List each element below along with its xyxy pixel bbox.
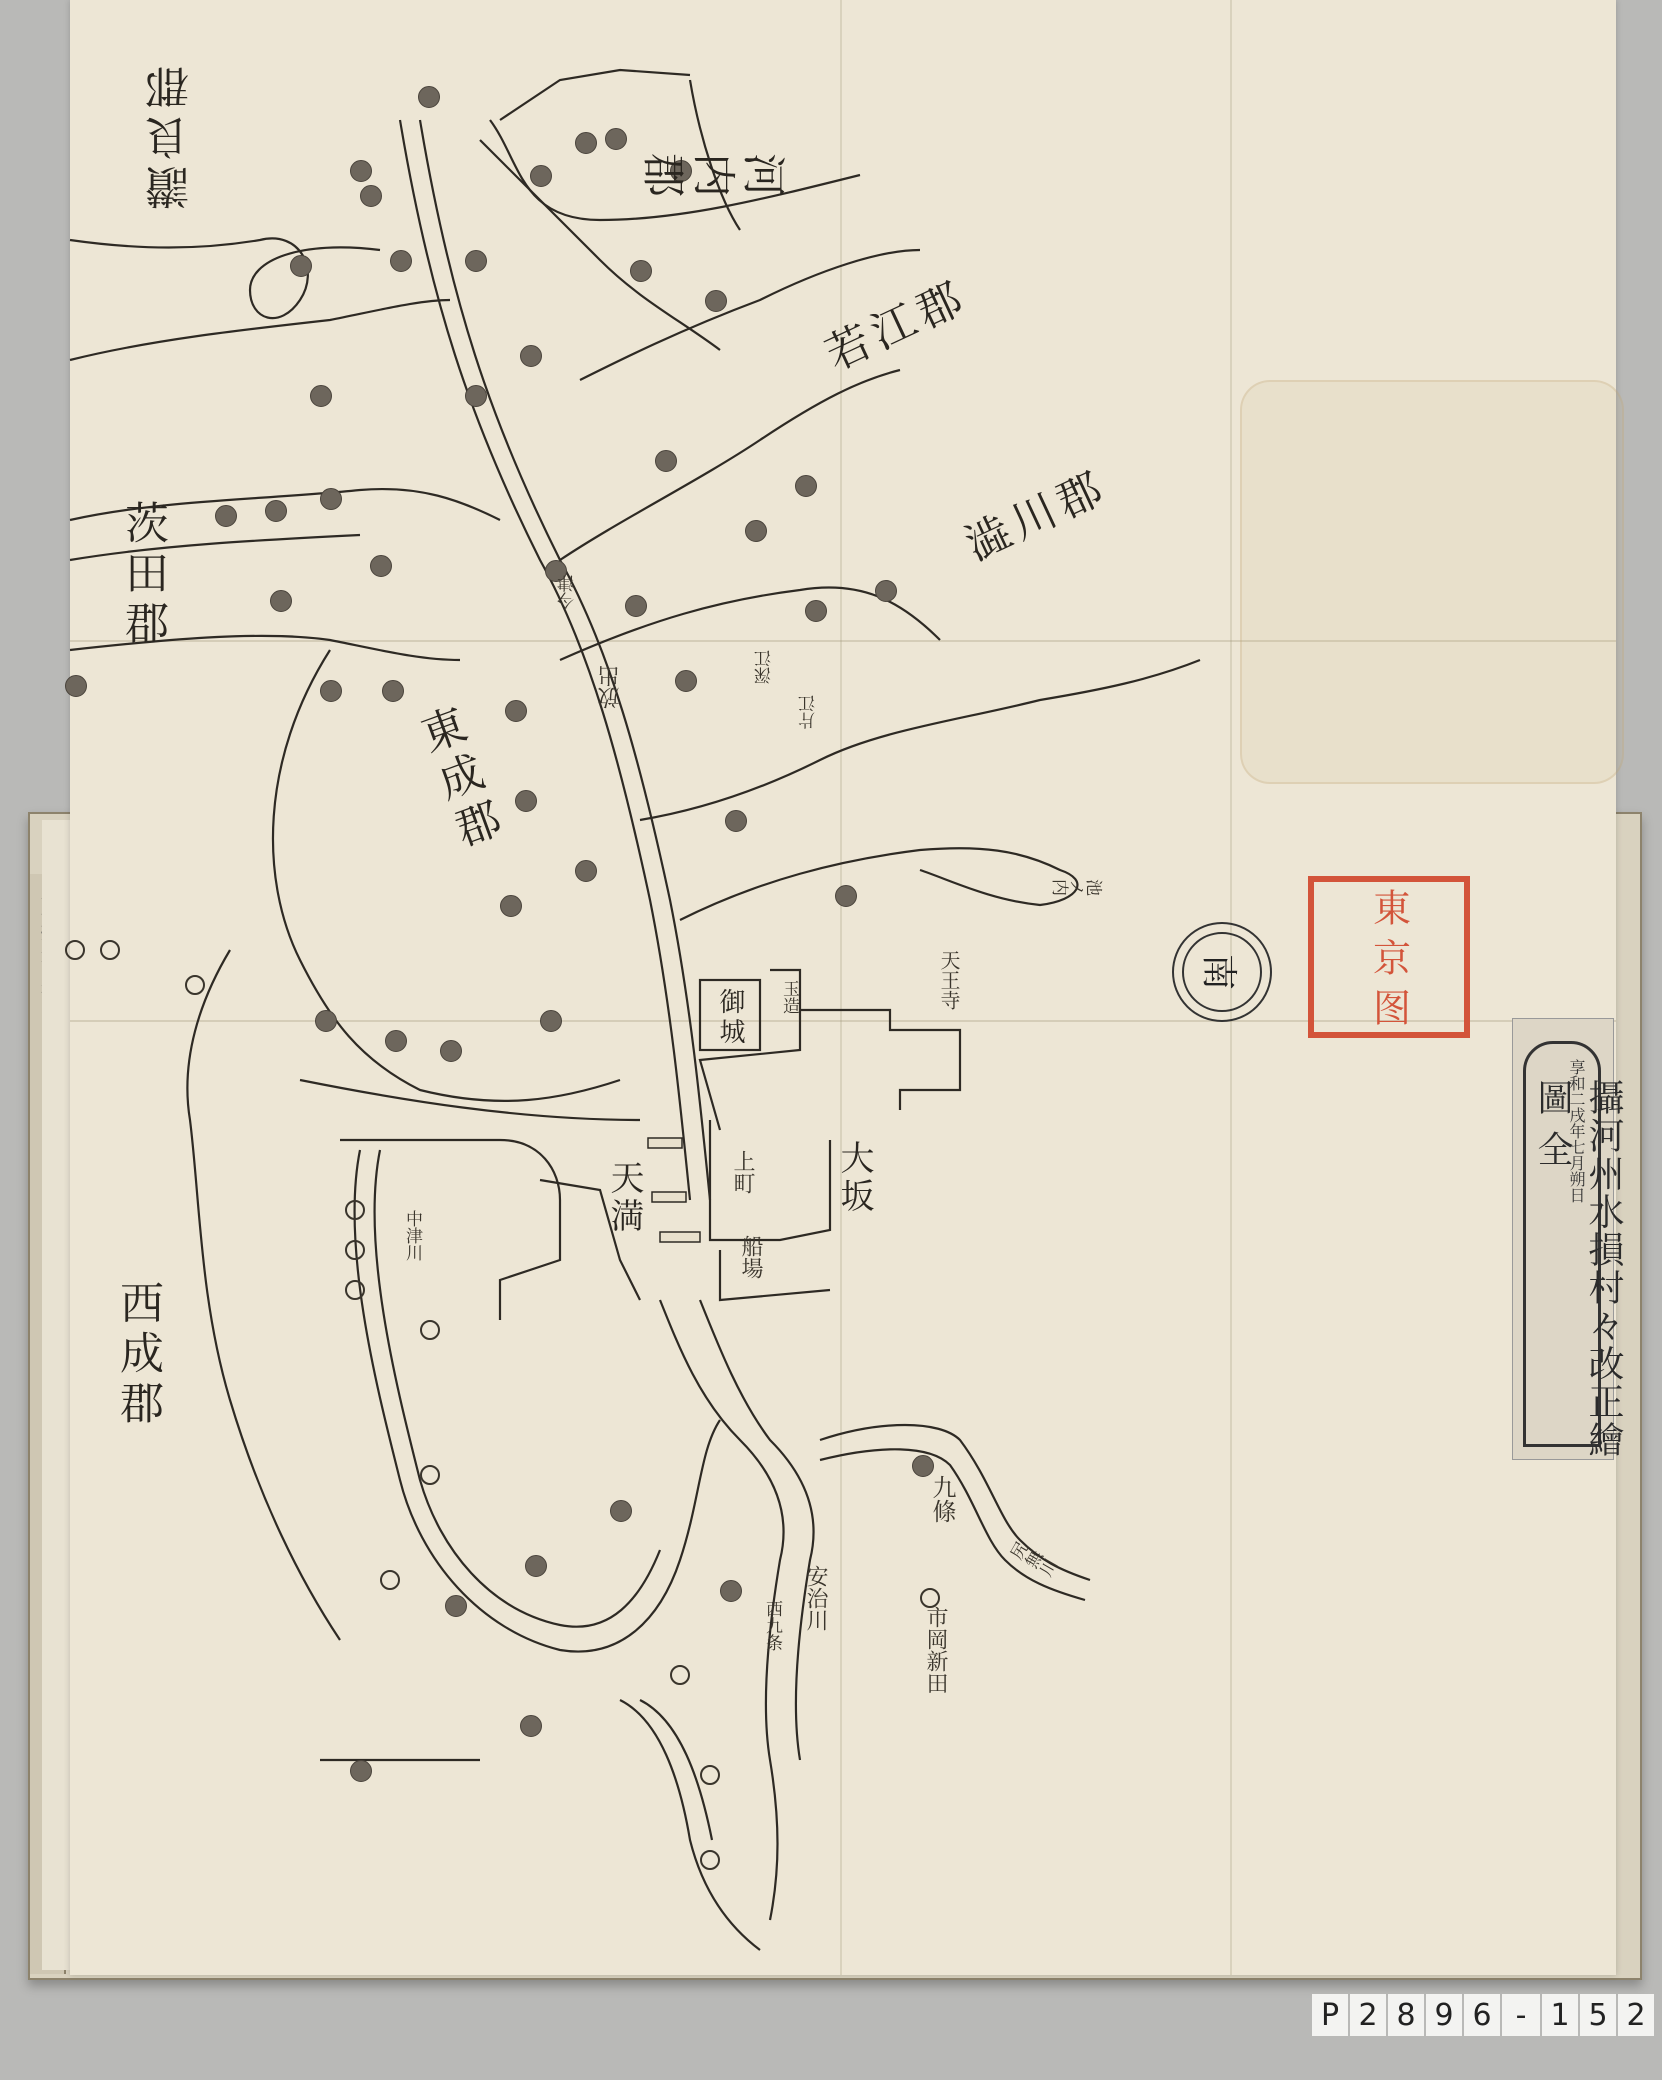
village-ring	[100, 940, 120, 960]
seal-char: 京	[1362, 938, 1417, 976]
village-ring	[670, 1665, 690, 1685]
village-dot	[360, 185, 382, 207]
village-dot	[350, 1760, 372, 1782]
village-dot	[520, 345, 542, 367]
village-dot	[625, 595, 647, 617]
catalog-char: -	[1502, 1994, 1540, 2036]
place-funaba: 船場	[735, 1235, 766, 1279]
village-dot	[575, 132, 597, 154]
village-dot	[315, 1010, 337, 1032]
village-dot	[385, 1030, 407, 1052]
catalog-char: 1	[1542, 1994, 1578, 2036]
village-ring	[65, 940, 85, 960]
village-dot	[745, 520, 767, 542]
district-kawachi: 河内郡	[637, 138, 787, 202]
village-dot	[705, 290, 727, 312]
place-fukae: 深江	[752, 650, 777, 684]
place-ikenouchi: 池ノ内	[1052, 873, 1103, 898]
village-ring	[700, 1850, 720, 1870]
village-dot	[465, 250, 487, 272]
place-katae: 片江	[796, 695, 821, 729]
place-nakatsu: 中津川	[400, 1210, 425, 1261]
place-castle: 御城	[712, 988, 749, 1048]
village-dot	[540, 1010, 562, 1032]
village-dot	[390, 250, 412, 272]
village-dot	[465, 385, 487, 407]
place-ichioka: 市岡新田	[920, 1606, 951, 1694]
village-dot	[418, 86, 440, 108]
compass-rose: 南	[1172, 922, 1272, 1022]
village-dot	[875, 580, 897, 602]
village-dot	[65, 675, 87, 697]
village-dot	[500, 895, 522, 917]
village-dot	[720, 1580, 742, 1602]
village-ring	[920, 1588, 940, 1608]
village-dot	[610, 1500, 632, 1522]
seal-char: 東	[1362, 888, 1417, 926]
village-ring	[420, 1465, 440, 1485]
village-dot	[605, 128, 627, 150]
place-tamatsukuri: 玉造	[777, 980, 802, 1014]
catalog-char: 5	[1580, 1994, 1616, 2036]
village-dot	[835, 885, 857, 907]
village-dot	[795, 475, 817, 497]
district-sanra: 讃良郡	[140, 60, 204, 210]
compass-direction: 南	[1182, 932, 1262, 1012]
village-ring	[700, 1765, 720, 1785]
village-dot	[515, 790, 537, 812]
village-dot	[265, 500, 287, 522]
map-lines	[0, 0, 1662, 2080]
village-dot	[575, 860, 597, 882]
village-dot	[440, 1040, 462, 1062]
village-dot	[520, 1715, 542, 1737]
place-nishikujo: 西九条	[760, 1600, 785, 1651]
village-dot	[290, 255, 312, 277]
district-nishinari: 西成郡	[105, 1280, 169, 1430]
village-ring	[420, 1320, 440, 1340]
village-ring	[380, 1570, 400, 1590]
village-dot	[725, 810, 747, 832]
village-dot	[320, 680, 342, 702]
place-kujo: 九條	[925, 1475, 960, 1523]
village-dot	[370, 555, 392, 577]
village-ring	[345, 1200, 365, 1220]
place-uemachi: 上町	[727, 1150, 758, 1194]
village-dot	[530, 165, 552, 187]
catalog-char: 8	[1388, 1994, 1424, 2036]
seal-char: 图	[1362, 988, 1417, 1026]
place-tenma: 天満	[600, 1160, 649, 1236]
place-imazu: 今津	[555, 575, 580, 609]
map-title: 攝河州水損村々改正繪圖 全	[1527, 1079, 1629, 1459]
village-ring	[185, 975, 205, 995]
village-dot	[382, 680, 404, 702]
catalog-char: 2	[1618, 1994, 1654, 2036]
village-dot	[655, 450, 677, 472]
village-dot	[630, 260, 652, 282]
place-tennoji: 天王寺	[935, 950, 964, 1010]
catalog-char: P	[1312, 1994, 1348, 2036]
village-dot	[805, 600, 827, 622]
village-dot	[215, 505, 237, 527]
village-dot	[445, 1595, 467, 1617]
district-mamuta: 茨田郡	[110, 500, 174, 650]
village-ring	[345, 1240, 365, 1260]
village-dot	[525, 1555, 547, 1577]
catalog-char: 6	[1464, 1994, 1500, 2036]
village-dot	[912, 1455, 934, 1477]
village-dot	[320, 488, 342, 510]
village-dot	[270, 590, 292, 612]
library-seal: 東 京 图	[1308, 876, 1470, 1038]
title-slip: 享和二戌年七月朔日 攝河州水損村々改正繪圖 全	[1512, 1018, 1614, 1460]
catalog-label: P 2 8 9 6 - 1 5 2	[1312, 1994, 1654, 2036]
village-dot	[310, 385, 332, 407]
place-hanaten: 放出	[595, 665, 626, 709]
place-osaka: 大坂	[830, 1140, 879, 1216]
catalog-char: 2	[1350, 1994, 1386, 2036]
catalog-char: 9	[1426, 1994, 1462, 2036]
place-ajikawa: 安治川	[800, 1565, 831, 1631]
village-ring	[345, 1280, 365, 1300]
village-dot	[675, 670, 697, 692]
village-dot	[505, 700, 527, 722]
village-dot	[350, 160, 372, 182]
